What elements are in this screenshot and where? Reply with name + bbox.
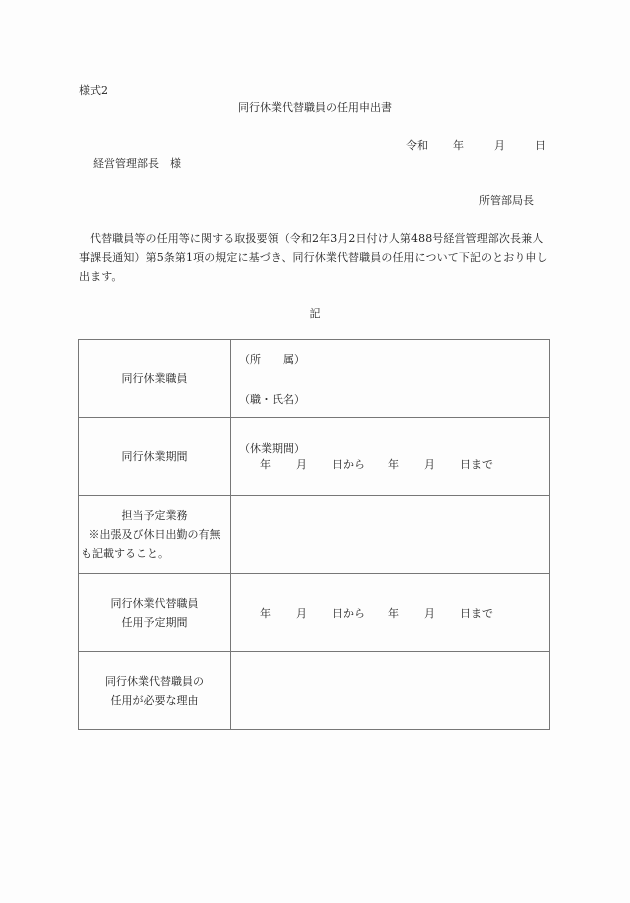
table-row: 同行休業職員 （所 属） （職・氏名） — [79, 340, 550, 418]
period-month-from: 月 — [296, 605, 332, 621]
period-year-from: 年 — [260, 605, 296, 621]
label-line: 任用が必要な理由 — [79, 691, 230, 710]
label-leave-period: 同行休業期間 — [79, 418, 231, 496]
date-day: 日 — [535, 137, 546, 153]
table-row: 担当予定業務 ※出張及び休日出勤の有無 も記載すること。 — [79, 496, 550, 574]
addressee: 経営管理部長 様 — [93, 155, 181, 171]
date-line: 令和年月日 — [406, 137, 546, 153]
label-line: 任用予定期間 — [79, 613, 230, 632]
form-number: 様式2 — [79, 82, 108, 98]
document-title: 同行休業代替職員の任用申出書 — [0, 99, 630, 115]
table-row: 同行休業期間 （休業期間） 年月日から年月日まで — [79, 418, 550, 496]
date-month: 月 — [494, 137, 535, 153]
ki-heading: 記 — [0, 305, 630, 321]
label-substitute-period: 同行休業代替職員 任用予定期間 — [79, 574, 231, 652]
field-leave-employee[interactable]: （所 属） （職・氏名） — [231, 340, 550, 418]
period-year-from: 年 — [260, 456, 296, 472]
table-row: 同行休業代替職員の 任用が必要な理由 — [79, 652, 550, 730]
label-leave-employee: 同行休業職員 — [79, 340, 231, 418]
period-day-to: 日まで — [460, 456, 493, 472]
substitute-period-dates[interactable]: 年月日から年月日まで — [239, 605, 549, 621]
label-planned-duties: 担当予定業務 ※出張及び休日出勤の有無 も記載すること。 — [79, 496, 231, 574]
date-year: 年 — [453, 137, 494, 153]
period-year-to: 年 — [388, 605, 424, 621]
position-name-field[interactable]: （職・氏名） — [239, 391, 549, 407]
period-day-to: 日まで — [460, 605, 493, 621]
application-table: 同行休業職員 （所 属） （職・氏名） 同行休業期間 （休業期間） 年月日から年… — [78, 339, 550, 730]
period-month-from: 月 — [296, 456, 332, 472]
field-leave-period[interactable]: （休業期間） 年月日から年月日まで — [231, 418, 550, 496]
period-year-to: 年 — [388, 456, 424, 472]
field-substitute-period[interactable]: 年月日から年月日まで — [231, 574, 550, 652]
leave-period-sublabel: （休業期間） — [239, 440, 549, 456]
label-line: 担当予定業務 — [79, 506, 230, 525]
table-row: 同行休業代替職員 任用予定期間 年月日から年月日まで — [79, 574, 550, 652]
sender: 所管部局長 — [479, 192, 534, 208]
label-line: 同行休業代替職員 — [79, 594, 230, 613]
label-line: 同行休業代替職員の — [79, 672, 230, 691]
label-line: も記載すること。 — [79, 544, 230, 563]
period-day-from: 日から — [332, 605, 388, 621]
date-era: 令和 — [406, 137, 453, 153]
leave-period-dates[interactable]: 年月日から年月日まで — [239, 456, 549, 472]
label-line: ※出張及び休日出勤の有無 — [79, 525, 230, 544]
field-appointment-reason[interactable] — [231, 652, 550, 730]
period-month-to: 月 — [424, 456, 460, 472]
affiliation-field[interactable]: （所 属） — [239, 351, 549, 367]
period-month-to: 月 — [424, 605, 460, 621]
body-paragraph: 代替職員等の任用等に関する取扱要領（令和2年3月2日付け人第488号経営管理部次… — [79, 229, 551, 286]
field-planned-duties[interactable] — [231, 496, 550, 574]
label-appointment-reason: 同行休業代替職員の 任用が必要な理由 — [79, 652, 231, 730]
period-day-from: 日から — [332, 456, 388, 472]
